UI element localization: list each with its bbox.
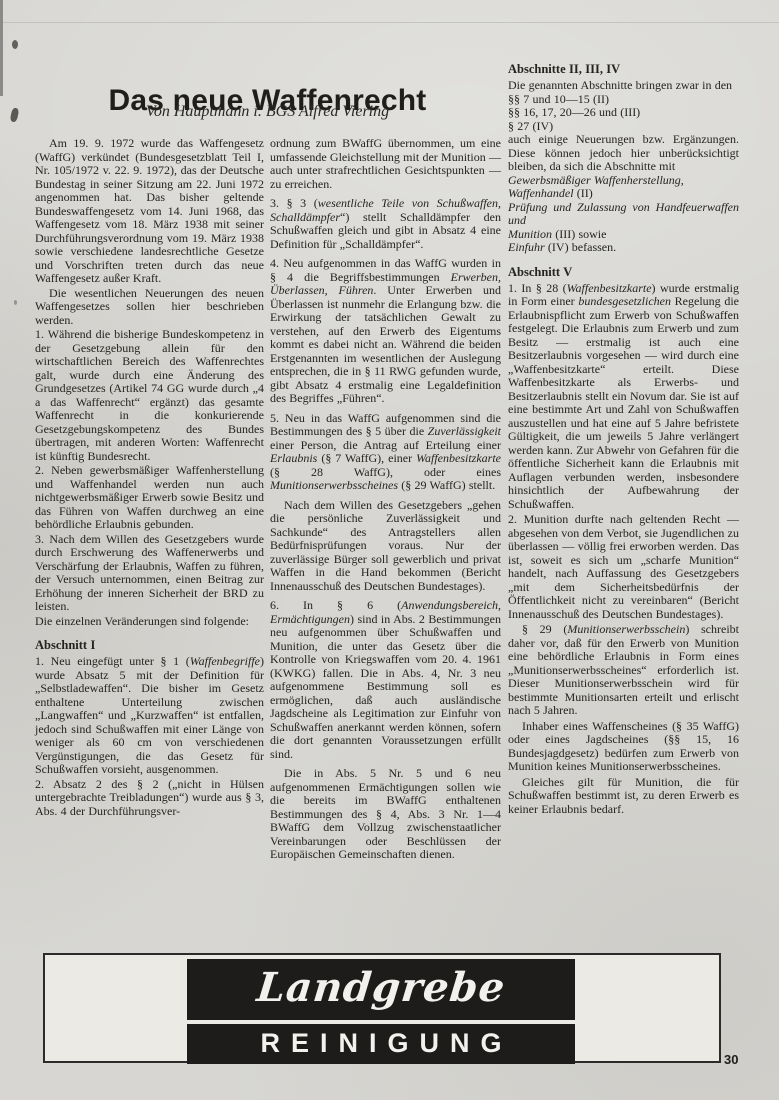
- ad-subline-bar: REINIGUNG: [187, 1024, 575, 1064]
- section-heading: Abschnitt V: [508, 265, 739, 279]
- body-paragraph: 3. Nach dem Willen des Gesetzgebers wurd…: [35, 533, 264, 614]
- magazine-page: Das neue Waffenrecht Von Hauptmann i. BG…: [0, 0, 779, 1100]
- body-paragraph: 2. Absatz 2 des § 2 („nicht in Hülsen un…: [35, 778, 264, 819]
- body-paragraph: Inhaber eines Waffenscheines (§ 35 WaffG…: [508, 720, 739, 774]
- scan-artifact: [14, 300, 17, 305]
- advertisement: Landgrebe REINIGUNG: [43, 953, 721, 1063]
- body-paragraph: ordnung zum BWaffG übernommen, um eine u…: [270, 137, 501, 191]
- section-heading: Abschnitte II, III, IV: [508, 62, 739, 76]
- body-paragraph: 1. In § 28 (Waffenbesitzkarte) wurde ers…: [508, 282, 739, 512]
- body-paragraph: 1. Neu eingefügt unter § 1 (Waffenbegrif…: [35, 655, 264, 777]
- column-col3: Abschnitte II, III, IVDie genannten Absc…: [508, 62, 739, 818]
- body-paragraph: 3. § 3 (wesentliche Teile von Schußwaffe…: [270, 197, 501, 251]
- body-paragraph: 1. Während die bisherige Bundeskompetenz…: [35, 328, 264, 463]
- body-paragraph: § 29 (Munitionserwerbsschein) schreibt d…: [508, 623, 739, 718]
- body-paragraph: Die in Abs. 5 Nr. 5 und 6 neu aufgenomme…: [270, 767, 501, 862]
- ad-subline-text: REINIGUNG: [249, 1028, 512, 1059]
- body-paragraph: Die wesentlichen Neuerungen des neuen Wa…: [35, 287, 264, 328]
- advertisement-banner: Landgrebe REINIGUNG: [187, 959, 575, 1064]
- article-byline: Von Hauptmann i. BGS Alfred Viering: [35, 103, 500, 121]
- body-paragraph: 5. Neu in das WaffG aufgenommen sind die…: [270, 412, 501, 493]
- scan-fold-line: [0, 22, 779, 23]
- body-paragraph: 2. Neben gewerbsmäßiger Waffenherstellun…: [35, 464, 264, 532]
- column-col2: ordnung zum BWaffG übernommen, um eine u…: [270, 137, 501, 868]
- body-paragraph: 2. Munition durfte nach geltenden Recht …: [508, 513, 739, 621]
- ad-brand-logo: Landgrebe: [255, 964, 508, 1011]
- scan-artifact: [12, 40, 18, 49]
- section-heading: Abschnitt I: [35, 638, 264, 652]
- body-paragraph: 6. In § 6 (Anwendungsbereich, Ermächtigu…: [270, 599, 501, 761]
- scan-edge-streak: [0, 0, 3, 96]
- scan-artifact: [10, 107, 20, 122]
- body-paragraph: 4. Neu aufgenommen in das WaffG wurden i…: [270, 257, 501, 406]
- body-paragraph: Die genannten Abschnitte bringen zwar in…: [508, 79, 739, 255]
- column-col1: Am 19. 9. 1972 wurde das Waffengesetz (W…: [35, 137, 264, 819]
- body-paragraph: Gleiches gilt für Munition, die für Schu…: [508, 776, 739, 817]
- body-paragraph: Die einzelnen Veränderungen sind folgend…: [35, 615, 264, 629]
- page-number: 30: [724, 1052, 738, 1067]
- ad-brand-bar: Landgrebe: [187, 959, 575, 1020]
- body-paragraph: Nach dem Willen des Gesetzgebers „gehen …: [270, 499, 501, 594]
- body-paragraph: Am 19. 9. 1972 wurde das Waffengesetz (W…: [35, 137, 264, 286]
